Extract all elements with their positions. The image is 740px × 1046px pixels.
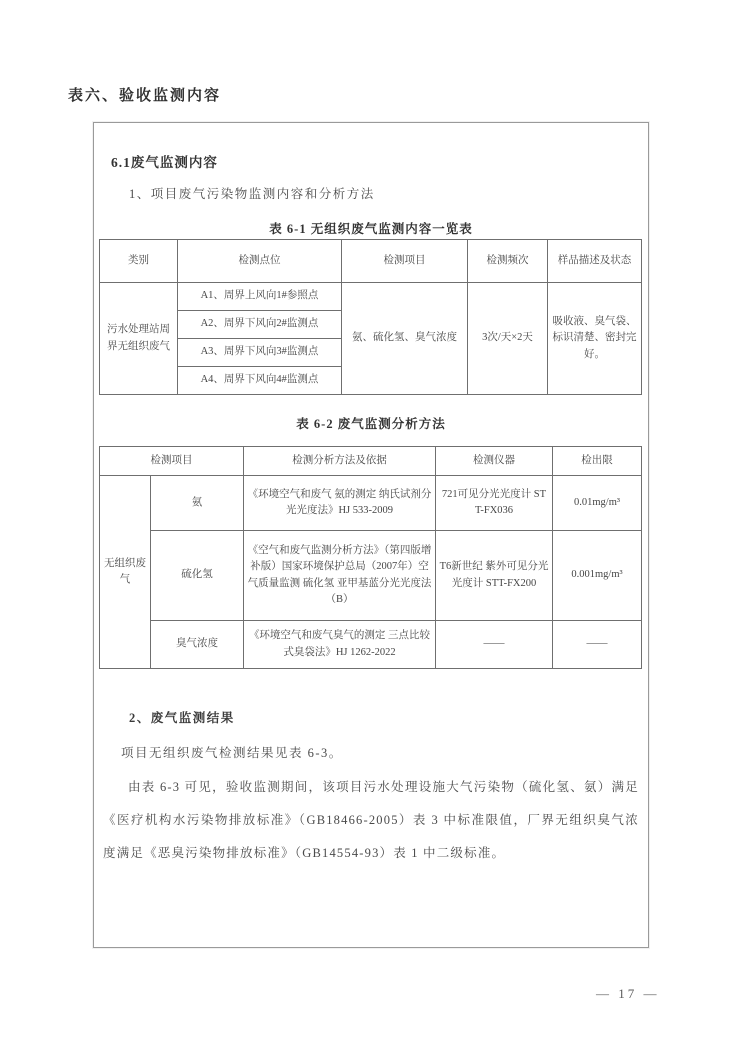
limit-cell: 0.001mg/m³ (553, 531, 642, 621)
table-row: 硫化氢 《空气和废气监测分析方法》（第四版增补版）国家环境保护总局（2007年）… (100, 531, 642, 621)
header-items: 检测项目 (342, 240, 468, 283)
method-cell: 《环境空气和废气 氨的测定 纳氏试剂分光光度法》HJ 533-2009 (244, 476, 436, 531)
header-sample: 样品描述及状态 (548, 240, 642, 283)
list-item-methods: 1、项目废气污染物监测内容和分析方法 (129, 184, 375, 202)
table-6-2: 检测项目 检测分析方法及依据 检测仪器 检出限 无组织废气 氨 《环境空气和废气… (99, 446, 642, 669)
header-frequency: 检测频次 (468, 240, 548, 283)
table-6-1-caption: 表 6-1 无组织废气监测内容一览表 (94, 219, 648, 237)
item-cell: 臭气浓度 (151, 621, 244, 669)
document-page: { "page": { "title": "表六、验收监测内容", "page_… (0, 0, 740, 1046)
doc-title: 表六、验收监测内容 (68, 84, 221, 105)
header-instrument: 检测仪器 (436, 447, 553, 476)
point-cell-a2: A2、周界下风向2#监测点 (178, 311, 342, 339)
limit-cell: —— (553, 621, 642, 669)
header-category: 类别 (100, 240, 178, 283)
table-row: 无组织废气 氨 《环境空气和废气 氨的测定 纳氏试剂分光光度法》HJ 533-2… (100, 476, 642, 531)
table-row: 臭气浓度 《环境空气和废气臭气的测定 三点比较式臭袋法》HJ 1262-2022… (100, 621, 642, 669)
header-points: 检测点位 (178, 240, 342, 283)
table-row: 污水处理站周界无组织废气 A1、周界上风向1#参照点 氨、硫化氢、臭气浓度 3次… (100, 283, 642, 311)
conclusion-paragraph: 由表 6-3 可见，验收监测期间，该项目污水处理设施大气污染物（硫化氢、氨）满足… (103, 771, 639, 870)
header-method: 检测分析方法及依据 (244, 447, 436, 476)
table-6-1-header-row: 类别 检测点位 检测项目 检测频次 样品描述及状态 (100, 240, 642, 283)
point-cell-a4: A4、周界下风向4#监测点 (178, 367, 342, 395)
instrument-cell: T6新世纪 紫外可见分光光度计 STT-FX200 (436, 531, 553, 621)
section-heading: 6.1废气监测内容 (111, 151, 218, 171)
point-cell-a3: A3、周界下风向3#监测点 (178, 339, 342, 367)
table-6-2-caption: 表 6-2 废气监测分析方法 (94, 414, 648, 432)
category-cell: 污水处理站周界无组织废气 (100, 283, 178, 395)
list-item-results: 2、废气监测结果 (129, 708, 235, 726)
category-cell: 无组织废气 (100, 476, 151, 669)
table-6-2-header-row: 检测项目 检测分析方法及依据 检测仪器 检出限 (100, 447, 642, 476)
method-cell: 《环境空气和废气臭气的测定 三点比较式臭袋法》HJ 1262-2022 (244, 621, 436, 669)
page-number: — 17 — (596, 986, 660, 1002)
method-cell: 《空气和废气监测分析方法》（第四版增补版）国家环境保护总局（2007年）空气质量… (244, 531, 436, 621)
item-cell: 氨 (151, 476, 244, 531)
content-box: 6.1废气监测内容 1、项目废气污染物监测内容和分析方法 表 6-1 无组织废气… (93, 122, 649, 948)
limit-cell: 0.01mg/m³ (553, 476, 642, 531)
header-limit: 检出限 (553, 447, 642, 476)
item-cell: 硫化氢 (151, 531, 244, 621)
frequency-cell: 3次/天×2天 (468, 283, 548, 395)
result-note: 项目无组织废气检测结果见表 6-3。 (121, 743, 343, 761)
header-item: 检测项目 (100, 447, 244, 476)
items-cell: 氨、硫化氢、臭气浓度 (342, 283, 468, 395)
instrument-cell: 721可见分光光度计 STT-FX036 (436, 476, 553, 531)
instrument-cell: —— (436, 621, 553, 669)
point-cell-a1: A1、周界上风向1#参照点 (178, 283, 342, 311)
table-6-1: 类别 检测点位 检测项目 检测频次 样品描述及状态 污水处理站周界无组织废气 A… (99, 239, 642, 395)
sample-cell: 吸收液、臭气袋、标识清楚、密封完好。 (548, 283, 642, 395)
